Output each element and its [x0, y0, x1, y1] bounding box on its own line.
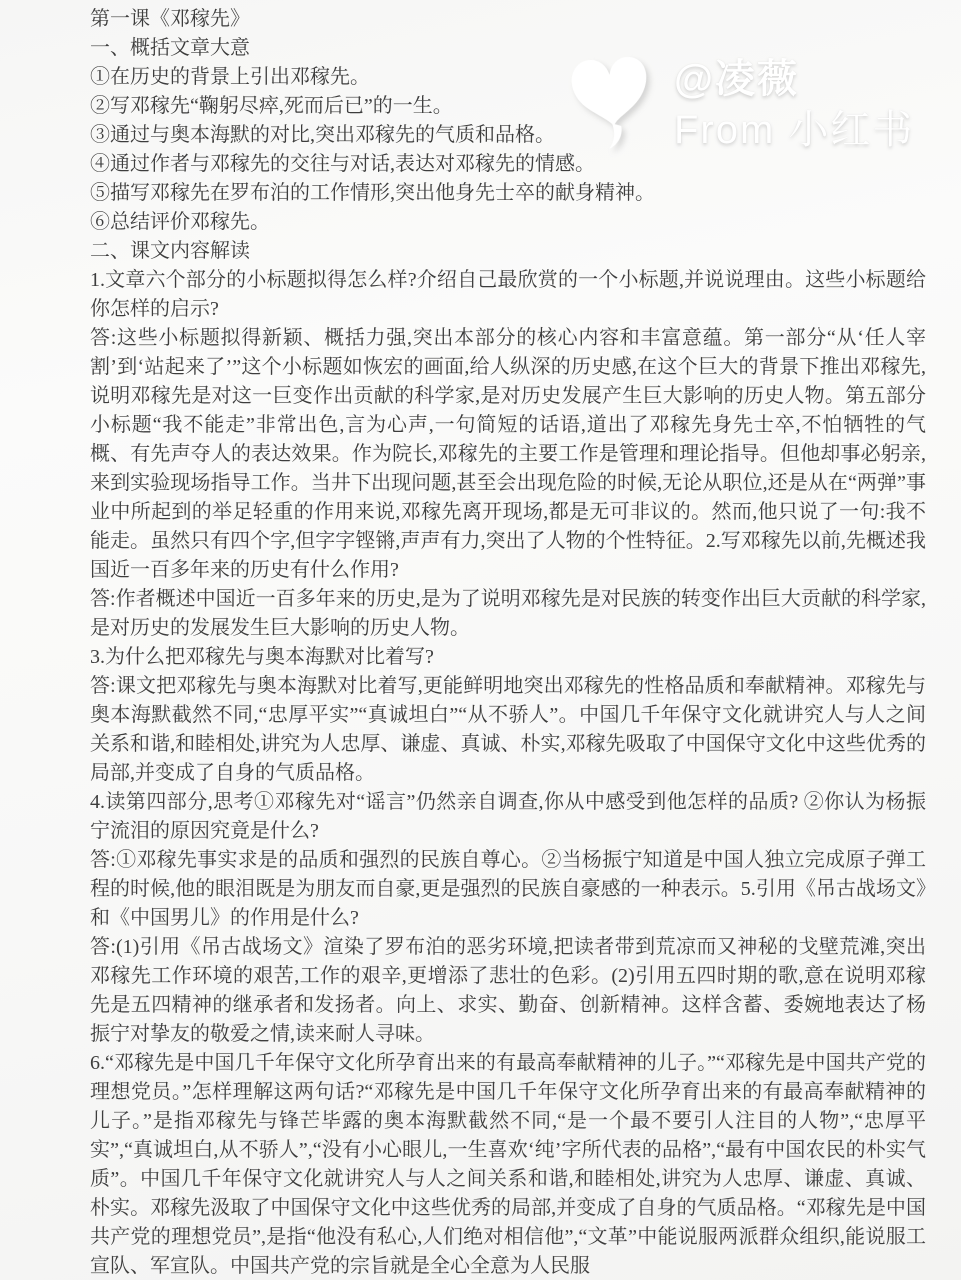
- qa-paragraph: 答:作者概述中国近一百多年来的历史,是为了说明邓稼先是对民族的转变作出巨大贡献的…: [90, 585, 926, 643]
- qa-paragraph: 3.为什么把邓稼先与奥本海默对比着写?: [90, 643, 926, 672]
- summary-item: ③通过与奥本海默的对比,突出邓稼先的气质和品格。: [90, 121, 926, 150]
- qa-paragraph: 答:①邓稼先事实求是的品质和强烈的民族自尊心。②当杨振宁知道是中国人独立完成原子…: [90, 846, 926, 933]
- section-two-heading: 二、课文内容解读: [90, 237, 926, 266]
- summary-item: ①在历史的背景上引出邓稼先。: [90, 63, 926, 92]
- lesson-title: 第一课《邓稼先》: [90, 5, 926, 34]
- qa-paragraph: 答:这些小标题拟得新颖、概括力强,突出本部分的核心内容和丰富意蕴。第一部分“从‘…: [90, 324, 926, 585]
- qa-paragraph: 答:课文把邓稼先与奥本海默对比着写,更能鲜明地突出邓稼先的性格品质和奉献精神。邓…: [90, 672, 926, 788]
- summary-item: ②写邓稼先“鞠躬尽瘁,死而后已”的一生。: [90, 92, 926, 121]
- qa-paragraph: 1.文章六个部分的小标题拟得怎么样?介绍自己最欣赏的一个小标题,并说说理由。这些…: [90, 266, 926, 324]
- summary-item: ⑤描写邓稼先在罗布泊的工作情形,突出他身先士卒的献身精神。: [90, 179, 926, 208]
- qa-paragraph: 4.读第四部分,思考①邓稼先对“谣言”仍然亲自调查,你从中感受到他怎样的品质? …: [90, 788, 926, 846]
- qa-paragraph: 答:(1)引用《吊古战场文》渲染了罗布泊的恶劣环境,把读者带到荒凉而又神秘的戈壁…: [90, 933, 926, 1049]
- qa-paragraph: 6.“邓稼先是中国几千年保守文化所孕育出来的有最高奉献精神的儿子。”“邓稼先是中…: [90, 1049, 926, 1280]
- summary-item: ⑥总结评价邓稼先。: [90, 208, 926, 237]
- document-page: 第一课《邓稼先》 一、概括文章大意 ①在历史的背景上引出邓稼先。 ②写邓稼先“鞠…: [90, 5, 926, 1280]
- summary-item: ④通过作者与邓稼先的交往与对话,表达对邓稼先的情感。: [90, 150, 926, 179]
- section-one-heading: 一、概括文章大意: [90, 34, 926, 63]
